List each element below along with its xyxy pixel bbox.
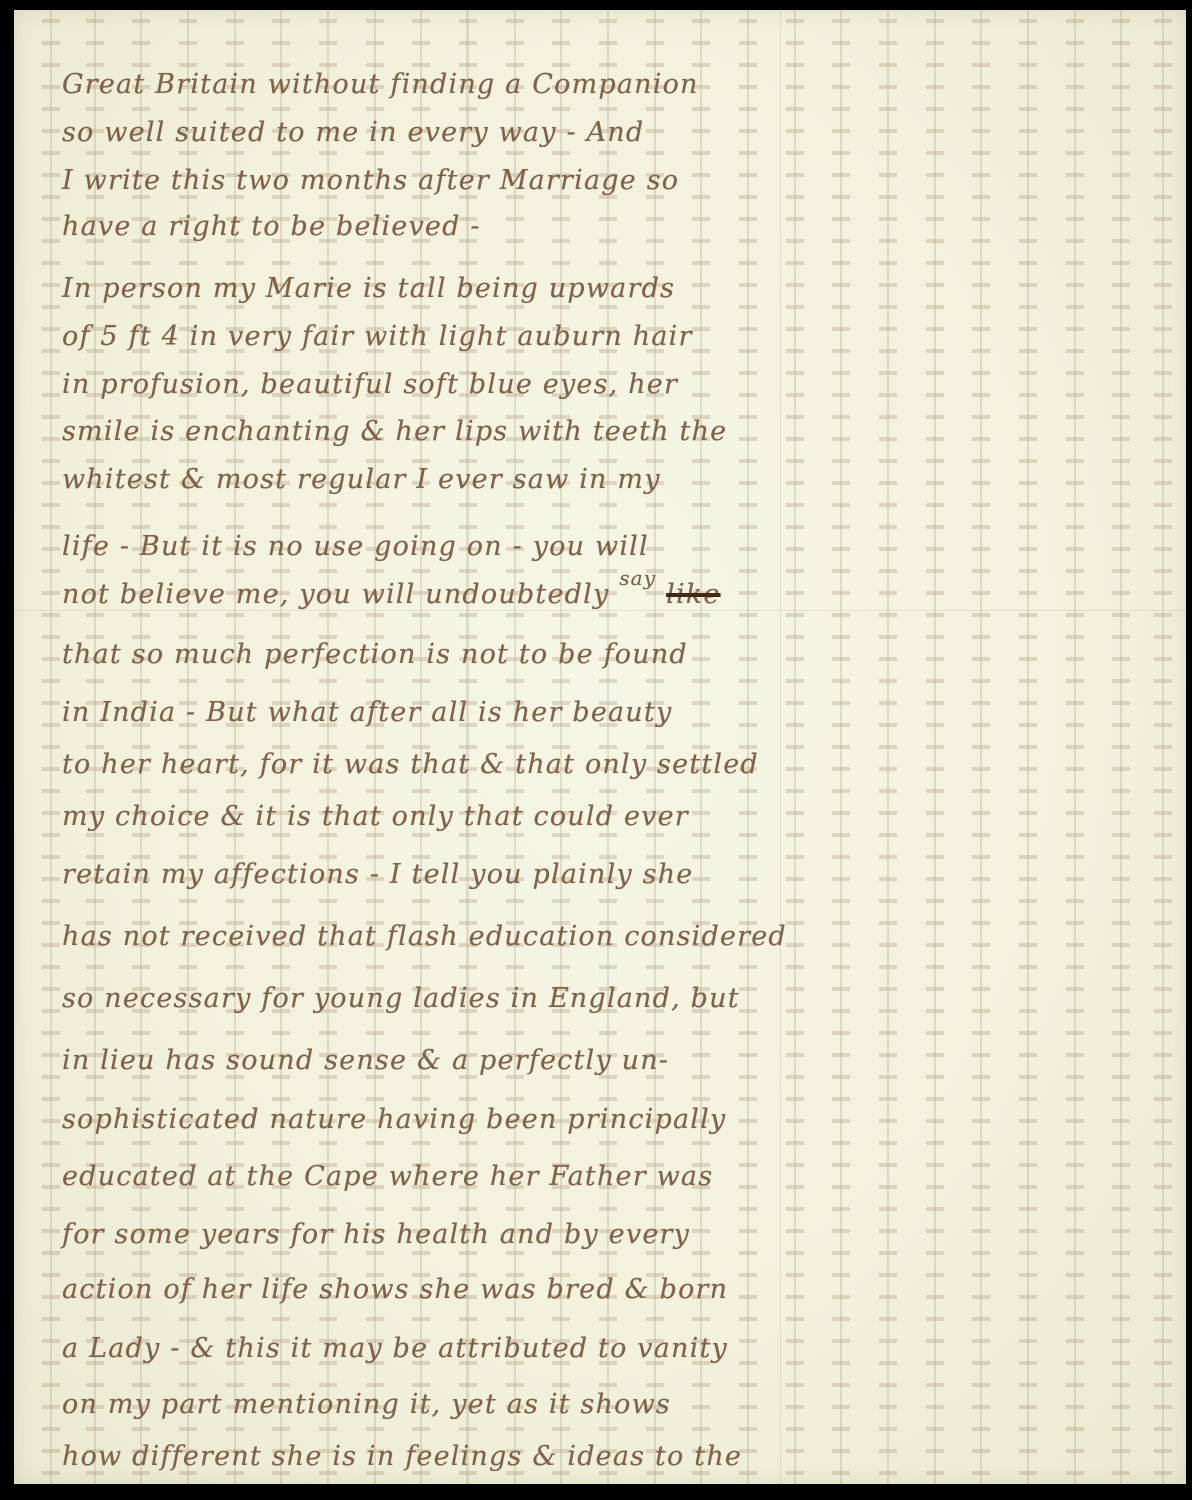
inserted-word: say: [619, 566, 656, 590]
letter-line: whitest & most regular I ever saw in my: [62, 463, 1168, 497]
letter-line: how different she is in feelings & ideas…: [62, 1440, 1168, 1474]
letter-line: so necessary for young ladies in England…: [62, 982, 1168, 1016]
letter-line: that so much perfection is not to be fou…: [62, 638, 1168, 672]
letter-line: of 5 ft 4 in very fair with light auburn…: [62, 320, 1168, 354]
letter-line: has not received that flash education co…: [62, 920, 1168, 954]
letter-line: not believe me, you will undoubtedly say…: [62, 578, 1168, 613]
letter-page: Great Britain without finding a Companio…: [14, 10, 1186, 1484]
letter-line: in India - But what after all is her bea…: [62, 696, 1168, 730]
letter-line: life - But it is no use going on - you w…: [62, 530, 1168, 564]
letter-line: action of her life shows she was bred & …: [62, 1273, 1168, 1307]
letter-line: for some years for his health and by eve…: [62, 1218, 1168, 1252]
letter-line: on my part mentioning it, yet as it show…: [62, 1388, 1168, 1422]
letter-line: have a right to be believed -: [62, 210, 1168, 244]
letter-line: smile is enchanting & her lips with teet…: [62, 415, 1168, 449]
letter-text: Great Britain without finding a Companio…: [14, 10, 1186, 1484]
letter-line: In person my Marie is tall being upwards: [62, 272, 1168, 306]
struck-word: like: [666, 579, 720, 610]
letter-line: Great Britain without finding a Companio…: [62, 68, 1168, 102]
letter-line: a Lady - & this it may be attributed to …: [62, 1332, 1168, 1366]
letter-line: I write this two months after Marriage s…: [62, 164, 1168, 198]
letter-line: retain my affections - I tell you plainl…: [62, 858, 1168, 892]
letter-line: in profusion, beautiful soft blue eyes, …: [62, 368, 1168, 402]
letter-line: my choice & it is that only that could e…: [62, 800, 1168, 834]
letter-line: to her heart, for it was that & that onl…: [62, 748, 1168, 782]
letter-line: so well suited to me in every way - And: [62, 116, 1168, 150]
letter-line: sophisticated nature having been princip…: [62, 1103, 1168, 1137]
letter-line: in lieu has sound sense & a perfectly un…: [62, 1044, 1168, 1078]
letter-line: educated at the Cape where her Father wa…: [62, 1160, 1168, 1194]
line-text: not believe me, you will undoubtedly: [62, 579, 609, 610]
